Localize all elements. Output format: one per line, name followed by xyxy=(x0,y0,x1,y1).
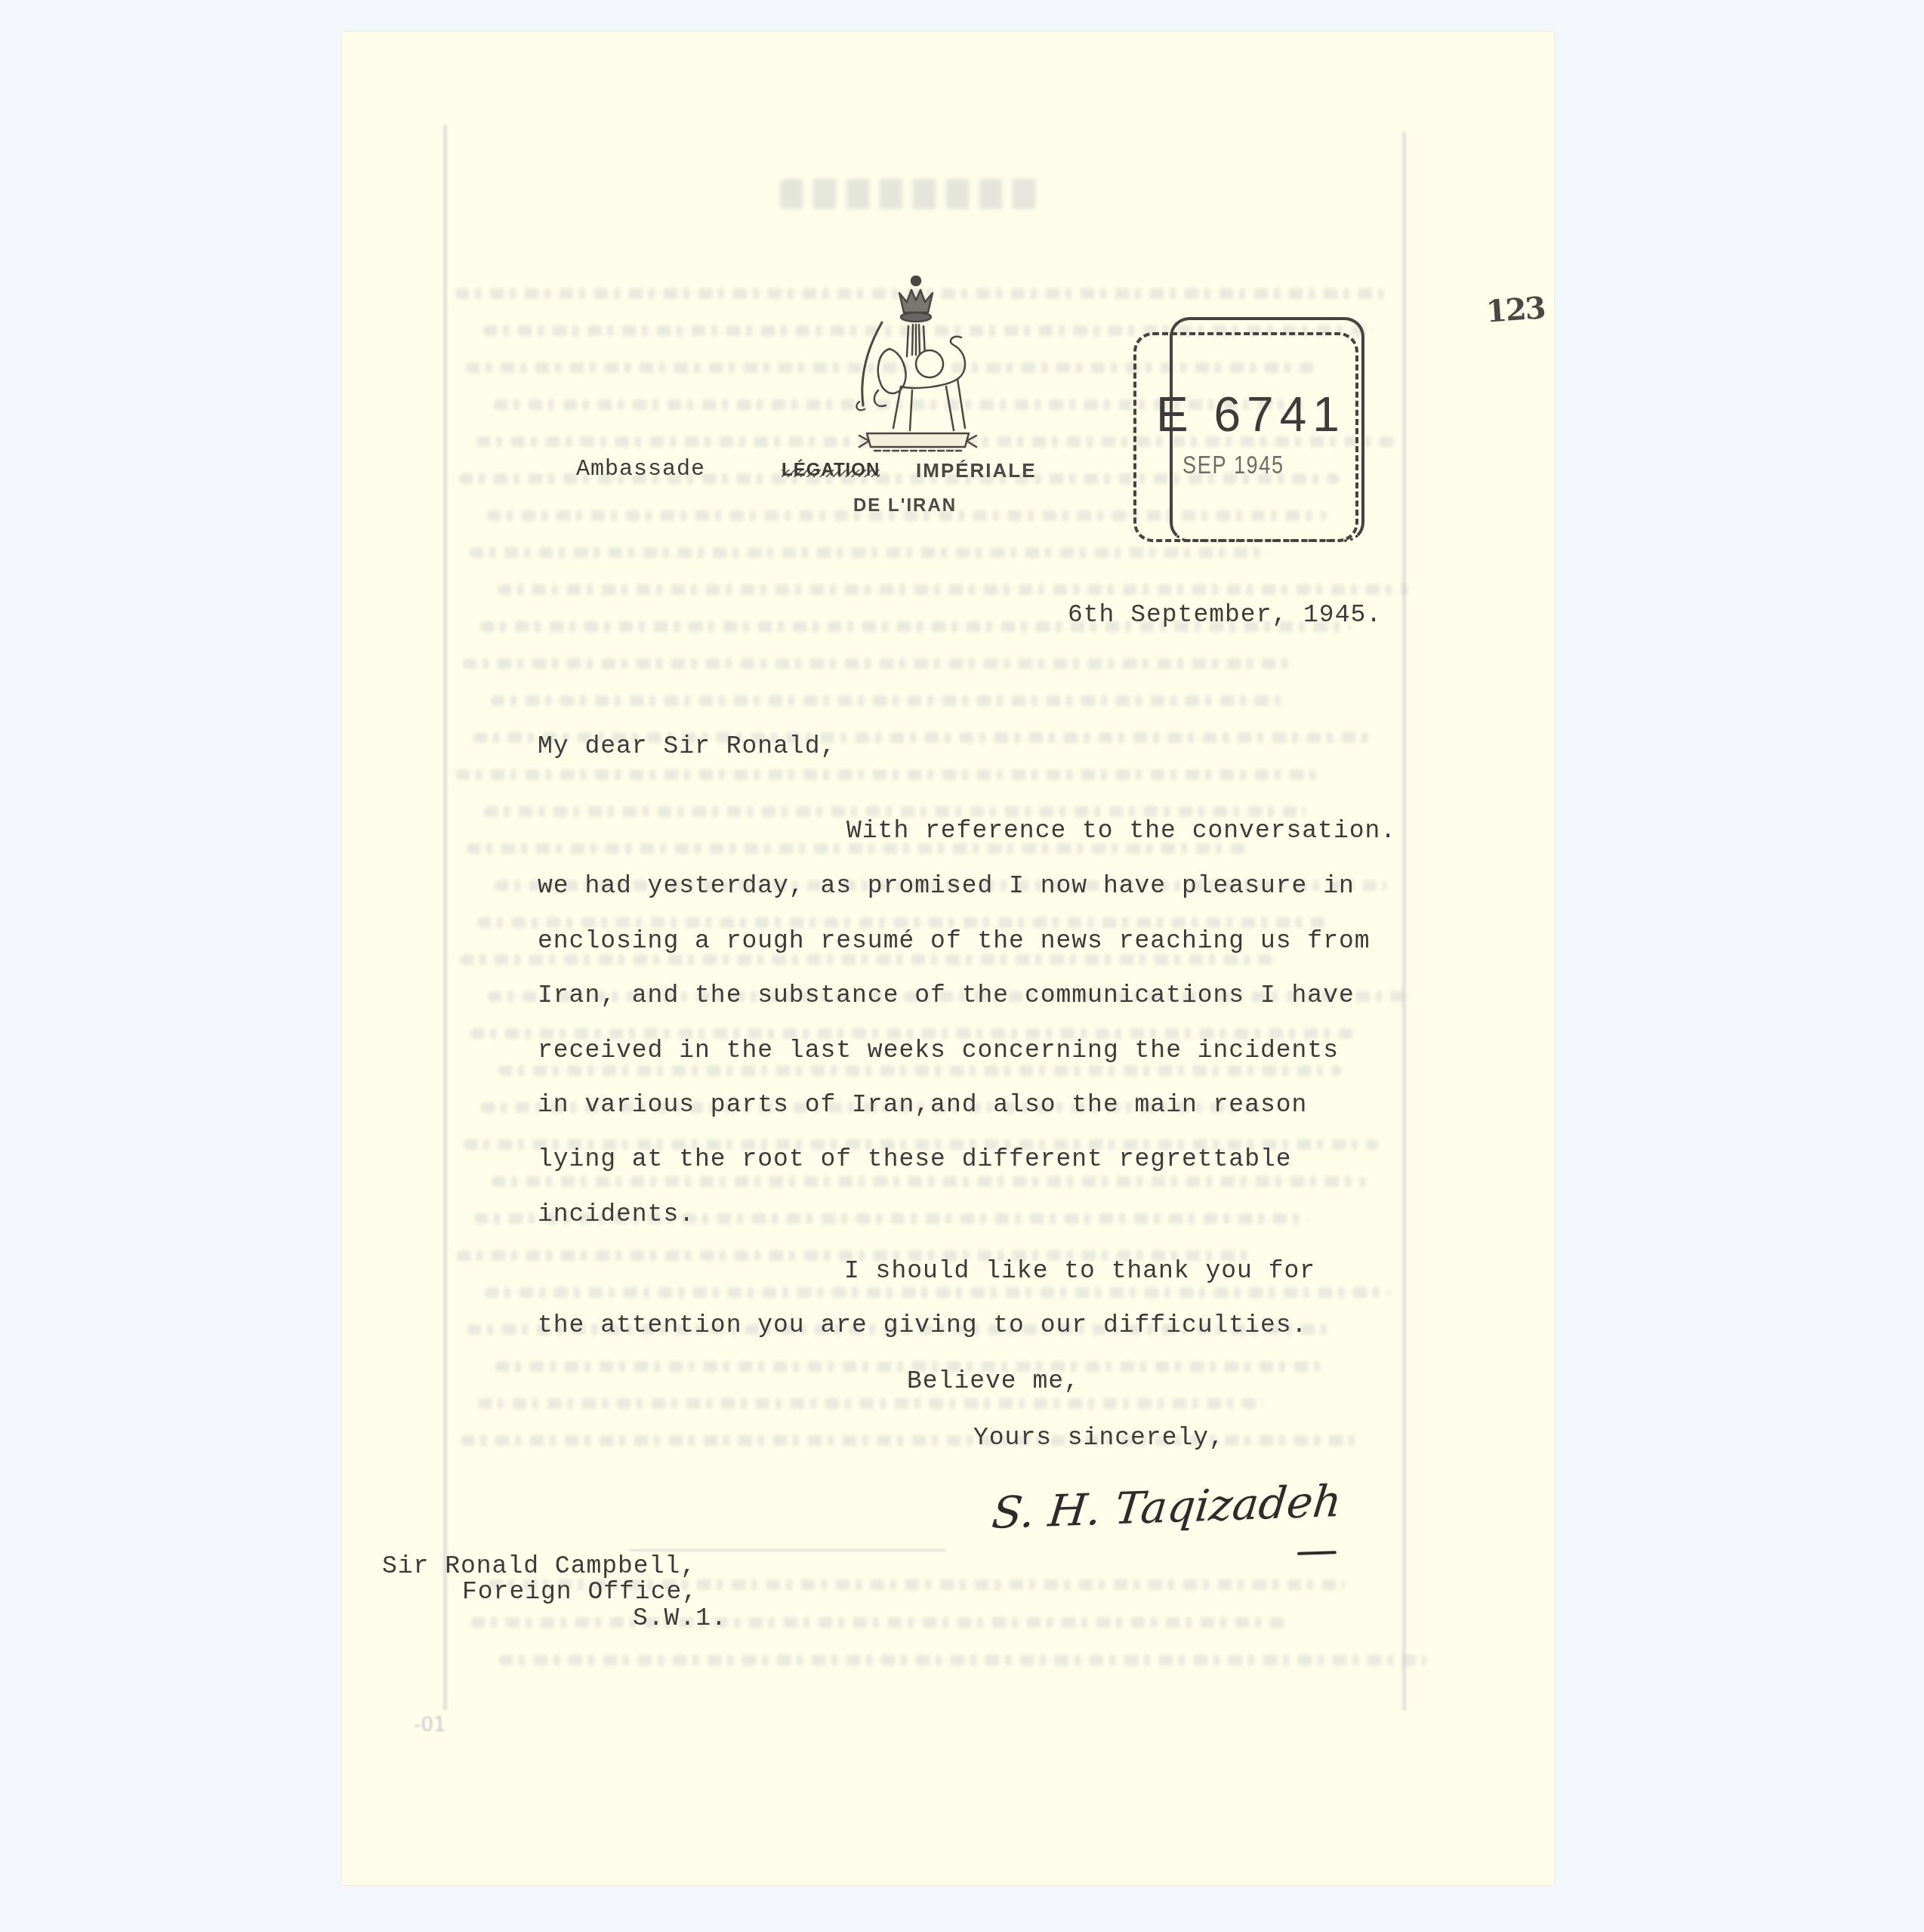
closing-believe-me: Believe me, xyxy=(907,1369,1080,1394)
bleed-through-line xyxy=(498,584,1408,595)
body-line: enclosing a rough resumé of the news rea… xyxy=(538,929,1371,954)
body-line: I should like to thank you for xyxy=(844,1259,1315,1283)
addressee-name: Sir Ronald Campbell, xyxy=(382,1554,696,1579)
registry-stamp: E 6741 SEP 1945 xyxy=(1133,311,1367,553)
bleed-through-line xyxy=(467,843,1248,854)
letter-page: -01 Ambassade LÉGATION IMPÉRIALE DE L'IR… xyxy=(342,32,1554,1885)
closing-yours-sincerely: Yours sincerely, xyxy=(973,1425,1225,1450)
bleed-through-line xyxy=(484,806,1306,817)
bleed-through-right-rule xyxy=(1402,132,1406,1710)
letterhead-typed-prefix: Ambassade xyxy=(576,458,705,481)
bleed-through-line xyxy=(456,769,1318,780)
letterhead-title-line2: DE L'IRAN xyxy=(853,495,957,516)
letter-date: 6th September, 1945. xyxy=(1068,602,1382,627)
addressee-postal: S.W.1. xyxy=(633,1606,727,1631)
bleed-through-line xyxy=(499,1655,1426,1665)
salutation: My dear Sir Ronald, xyxy=(538,734,836,759)
body-line: With reference to the conversation. xyxy=(846,818,1396,843)
handwritten-signature: S. H. Taqizadeh xyxy=(989,1475,1344,1539)
stamp-date: SEP 1945 xyxy=(1182,451,1284,480)
stamp-registry-number: E 6741 xyxy=(1156,387,1346,442)
bleed-through-line xyxy=(478,1398,1263,1409)
bleed-through-line xyxy=(463,658,1293,669)
letterhead-title-line1: IMPÉRIALE xyxy=(916,459,1037,482)
bleed-through-line xyxy=(491,695,1281,706)
folio-number: 123 xyxy=(1485,290,1546,329)
bleed-through-line xyxy=(492,1176,1366,1187)
body-line: Iran, and the substance of the communica… xyxy=(538,983,1355,1008)
body-line: in various parts of Iran,and also the ma… xyxy=(538,1092,1307,1117)
bleed-through-line xyxy=(460,954,1272,965)
bleed-through-line xyxy=(477,917,1330,928)
bleed-through-heading xyxy=(780,179,1044,209)
body-line: received in the last weeks concerning th… xyxy=(538,1038,1339,1063)
bleed-through-line xyxy=(471,1617,1287,1628)
body-line: the attention you are giving to our diff… xyxy=(538,1313,1307,1338)
bleed-through-line xyxy=(485,1287,1390,1298)
bleed-through-rule xyxy=(629,1549,946,1551)
body-line: incidents. xyxy=(538,1202,695,1227)
letterhead-struck-word: LÉGATION xyxy=(782,460,880,481)
body-line: lying at the root of these different reg… xyxy=(538,1147,1292,1172)
body-line: we had yesterday, as promised I now have… xyxy=(538,874,1355,898)
bleed-through-line xyxy=(498,1065,1342,1076)
bleed-through-page-mark: -01 xyxy=(414,1714,446,1736)
signature-underline xyxy=(1297,1551,1337,1555)
addressee-office: Foreign Office, xyxy=(462,1579,698,1604)
bleed-through-left-rule xyxy=(443,125,447,1710)
lion-and-sun-crest-icon xyxy=(840,266,991,477)
